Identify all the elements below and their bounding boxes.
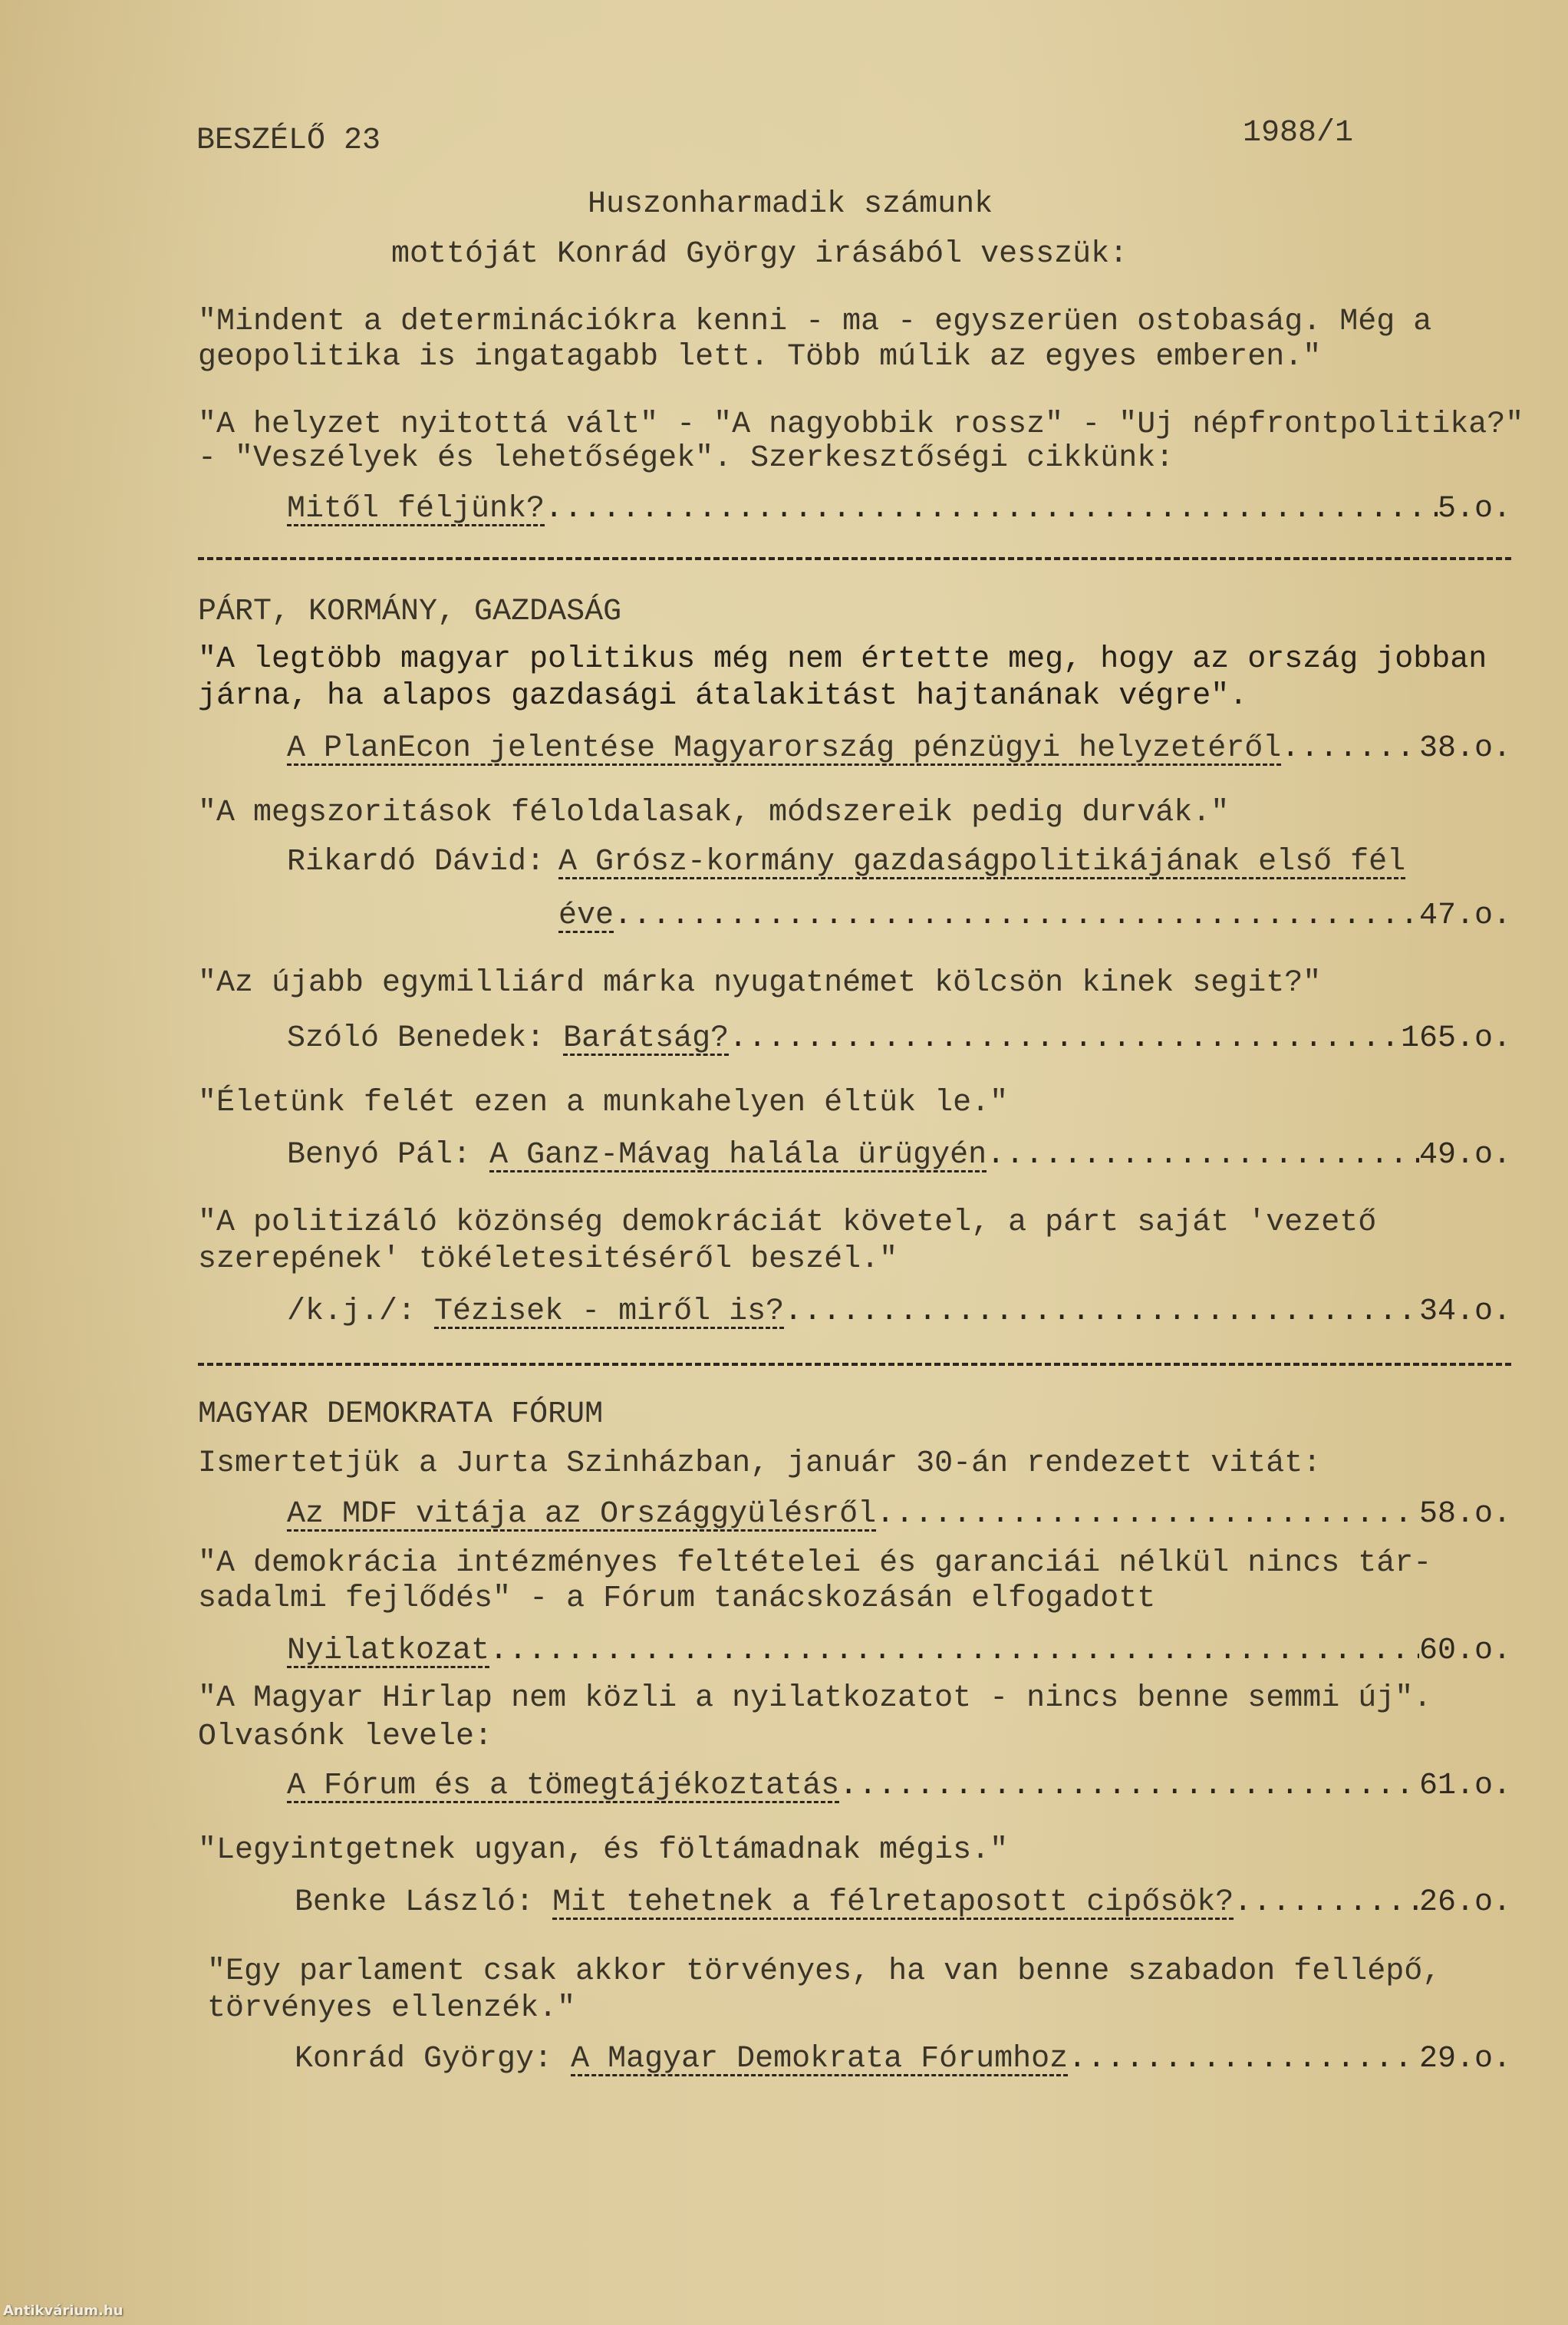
toc-title[interactable]: Mitől féljünk? [287,491,545,528]
quote-line: sadalmi fejlődés" - a Fórum tanácskozásá… [198,1581,1155,1618]
toc-title[interactable]: Mit tehetnek a félretaposott cipősök? [552,1885,1234,1921]
dot-leader: ........................................… [784,1294,1419,1331]
toc-entry[interactable]: /k.j./: Tézisek - miről is? ............… [287,1294,1511,1331]
quote-line: "Életünk felét ezen a munkahelyen éltük … [198,1085,1008,1122]
section-divider [198,1363,1511,1366]
typewritten-page: BESZÉLŐ 23 1988/1 Huszonharmadik számunk… [0,0,1568,2325]
toc-title[interactable]: A Fórum és a tömegtájékoztatás [287,1768,839,1805]
toc-page: 34.o. [1419,1294,1511,1331]
toc-author: Rikardó Dávid: [287,844,545,881]
issue-number: 1988/1 [1243,115,1353,152]
quote-line: "Legyintgetnek ugyan, és föltámadnak még… [198,1832,1008,1869]
motto-line-1: "Mindent a determinációkra kenni - ma - … [198,304,1431,341]
toc-entry[interactable]: Szóló Benedek: Barátság? ...............… [287,1021,1511,1057]
toc-author: Szóló Benedek: [287,1021,545,1057]
editorial-line-2: - "Veszélyek és lehetőségek". Szerkesztő… [198,440,1174,477]
toc-entry[interactable]: Konrád György: A Magyar Demokrata Fórumh… [295,2041,1511,2078]
quote-line: "A legtöbb magyar politikus még nem érte… [198,641,1487,678]
publication-title: BESZÉLŐ 23 [196,123,380,160]
quote-line: "A politizáló közönség demokráciát követ… [198,1205,1376,1242]
toc-title[interactable]: A PlanEcon jelentése Magyarország pénzüg… [287,730,1281,767]
toc-page: 47.o. [1419,898,1511,935]
quote-line: "Az újabb egymilliárd márka nyugatnémet … [198,965,1321,1002]
editorial-line-1: "A helyzet nyitottá vált" - "A nagyobbik… [198,407,1524,444]
watermark: Antikvárium.hu [3,2303,123,2319]
toc-entry[interactable]: A PlanEcon jelentése Magyarország pénzüg… [287,730,1511,767]
dot-leader: ........................................… [545,491,1438,528]
dot-leader: ........................................… [729,1021,1401,1057]
toc-page: 165.o. [1401,1021,1511,1057]
toc-page: 5.o. [1438,491,1511,528]
toc-entry[interactable]: Az MDF vitája az Országgyülésről .......… [287,1496,1511,1533]
toc-page: 61.o. [1419,1768,1511,1805]
motto-line-2: geopolitika is ingatagabb lett. Több múl… [198,339,1321,376]
quote-line: járna, ha alapos gazdasági átalakitást h… [198,678,1247,715]
intro-line-1: Huszonharmadik számunk [588,186,993,223]
dot-leader: ........................................… [987,1137,1419,1174]
section-heading-part-kormany-gazdasag: PÁRT, KORMÁNY, GAZDASÁG [198,594,621,631]
toc-title[interactable]: Az MDF vitája az Országgyülésről [287,1496,876,1533]
quote-line: Ismertetjük a Jurta Szinházban, január 3… [198,1446,1321,1482]
dot-leader: ........................................… [1281,730,1419,767]
quote-line: "A megszoritások féloldalasak, módszerei… [198,795,1229,832]
dot-leader: ........................................… [1234,1885,1419,1921]
quote-line: "A Magyar Hirlap nem közli a nyilatkozat… [198,1680,1431,1717]
toc-entry[interactable]: Nyilatkozat ............................… [287,1633,1511,1670]
toc-title[interactable]: A Grósz-kormány gazdaságpolitikájának el… [558,844,1405,881]
toc-page: 26.o. [1419,1885,1511,1921]
quote-line: törvényes ellenzék." [207,1990,575,2027]
toc-entry-editorial[interactable]: Mitől féljünk? .........................… [287,491,1511,528]
toc-page: 38.o. [1419,730,1511,767]
toc-title-continued[interactable]: éve [558,898,614,935]
toc-entry[interactable]: A Fórum és a tömegtájékoztatás .........… [287,1768,1511,1805]
toc-page: 29.o. [1419,2041,1511,2078]
quote-line: Olvasónk levele: [198,1719,492,1756]
toc-entry[interactable]: Benke László: Mit tehetnek a félretaposo… [295,1885,1511,1921]
toc-page: 49.o. [1419,1137,1511,1174]
dot-leader: ........................................… [876,1496,1419,1533]
toc-title[interactable]: Barátság? [563,1021,729,1057]
toc-author: Benke László: [295,1885,534,1921]
intro-line-2: mottóját Konrád György irásából vesszük: [391,236,1128,273]
dot-leader: ........................................… [489,1633,1419,1670]
quote-line: "A demokrácia intézményes feltételei és … [198,1545,1431,1582]
quote-line: szerepének' tökéletesitéséről beszél." [198,1242,898,1278]
toc-title[interactable]: Nyilatkozat [287,1633,489,1670]
toc-author: /k.j./: [287,1294,416,1331]
toc-author: Benyó Pál: [287,1137,471,1174]
toc-entry[interactable]: éve ....................................… [558,898,1511,935]
toc-page: 58.o. [1419,1496,1511,1533]
quote-line: "Egy parlament csak akkor törvényes, ha … [207,1954,1441,1990]
dot-leader: ........................................… [1068,2041,1419,2078]
dot-leader: ........................................… [839,1768,1419,1805]
toc-title[interactable]: A Magyar Demokrata Fórumhoz [571,2041,1068,2078]
dot-leader: ........................................… [614,898,1419,935]
toc-title[interactable]: Tézisek - miről is? [434,1294,784,1331]
section-divider [198,557,1511,560]
toc-page: 60.o. [1419,1633,1511,1670]
toc-author: Konrád György: [295,2041,552,2078]
section-heading-mdf: MAGYAR DEMOKRATA FÓRUM [198,1397,603,1433]
toc-title[interactable]: A Ganz-Mávag halála ürügyén [489,1137,987,1174]
toc-entry[interactable]: Benyó Pál: A Ganz-Mávag halála ürügyén .… [287,1137,1511,1174]
